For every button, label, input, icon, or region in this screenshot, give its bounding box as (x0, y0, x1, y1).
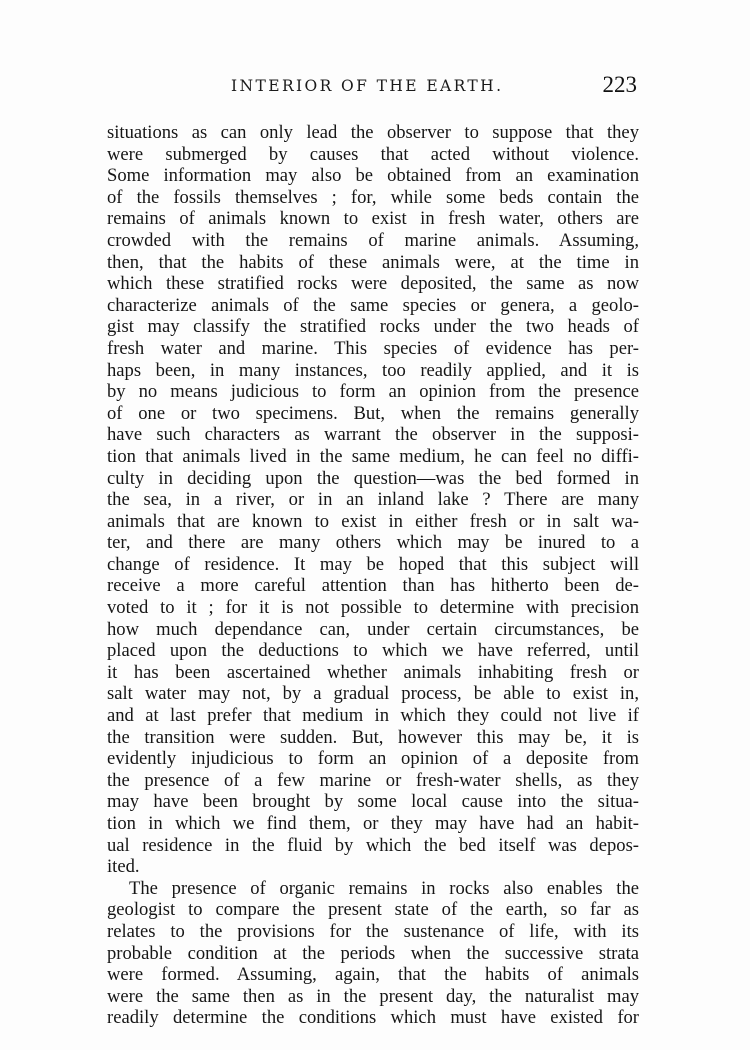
text-line: have such characters as warrant the obse… (107, 424, 639, 446)
text-line: were the same then as in the present day… (107, 986, 639, 1008)
text-line: and at last prefer that medium in which … (107, 705, 639, 727)
text-line: relates to the provisions for the susten… (107, 921, 639, 943)
text-line: probable condition at the periods when t… (107, 943, 639, 965)
text-line: which these stratified rocks were deposi… (107, 273, 639, 295)
text-line: the transition were sudden. But, however… (107, 727, 639, 749)
text-line: animals that are known to exist in eithe… (107, 511, 639, 533)
page-header: INTERIOR OF THE EARTH. 223 (107, 72, 637, 102)
text-line: ited. (107, 856, 639, 878)
text-line: ter, and there are many others which may… (107, 532, 639, 554)
text-line: haps been, in many instances, too readil… (107, 360, 639, 382)
text-line: salt water may not, by a gradual process… (107, 683, 639, 705)
text-line: tion in which we find them, or they may … (107, 813, 639, 835)
text-line: how much dependance can, under certain c… (107, 619, 639, 641)
paragraph: The presence of organic remains in rocks… (107, 878, 639, 1029)
text-line: crowded with the remains of marine anima… (107, 230, 639, 252)
body-text: situations as can only lead the observer… (107, 122, 639, 1029)
text-line: by no means judicious to form an opinion… (107, 381, 639, 403)
text-line: evidently injudicious to form an opinion… (107, 748, 639, 770)
text-line: may have been brought by some local caus… (107, 791, 639, 813)
text-line: ual residence in the fluid by which the … (107, 835, 639, 857)
text-line: The presence of organic remains in rocks… (107, 878, 639, 900)
book-page: INTERIOR OF THE EARTH. 223 situations as… (0, 0, 750, 1050)
text-line: the sea, in a river, or in an inland lak… (107, 489, 639, 511)
text-line: were formed. Assuming, again, that the h… (107, 964, 639, 986)
paragraph: situations as can only lead the observer… (107, 122, 639, 878)
text-line: then, that the habits of these animals w… (107, 252, 639, 274)
text-line: were submerged by causes that acted with… (107, 144, 639, 166)
text-line: tion that animals lived in the same medi… (107, 446, 639, 468)
text-line: receive a more careful attention than ha… (107, 575, 639, 597)
text-line: geologist to compare the present state o… (107, 899, 639, 921)
text-line: readily determine the conditions which m… (107, 1007, 639, 1029)
text-line: voted to it ; for it is not possible to … (107, 597, 639, 619)
text-line: change of residence. It may be hoped tha… (107, 554, 639, 576)
page-number: 223 (603, 72, 638, 98)
text-line: of one or two specimens. But, when the r… (107, 403, 639, 425)
running-head: INTERIOR OF THE EARTH. (231, 77, 503, 95)
text-line: placed upon the deductions to which we h… (107, 640, 639, 662)
text-line: situations as can only lead the observer… (107, 122, 639, 144)
text-line: Some information may also be obtained fr… (107, 165, 639, 187)
text-line: characterize animals of the same species… (107, 295, 639, 317)
text-line: gist may classify the stratified rocks u… (107, 316, 639, 338)
text-line: the presence of a few marine or fresh-wa… (107, 770, 639, 792)
text-line: fresh water and marine. This species of … (107, 338, 639, 360)
text-line: of the fossils themselves ; for, while s… (107, 187, 639, 209)
text-line: remains of animals known to exist in fre… (107, 208, 639, 230)
text-line: it has been ascertained whether animals … (107, 662, 639, 684)
text-line: culty in deciding upon the question—was … (107, 468, 639, 490)
